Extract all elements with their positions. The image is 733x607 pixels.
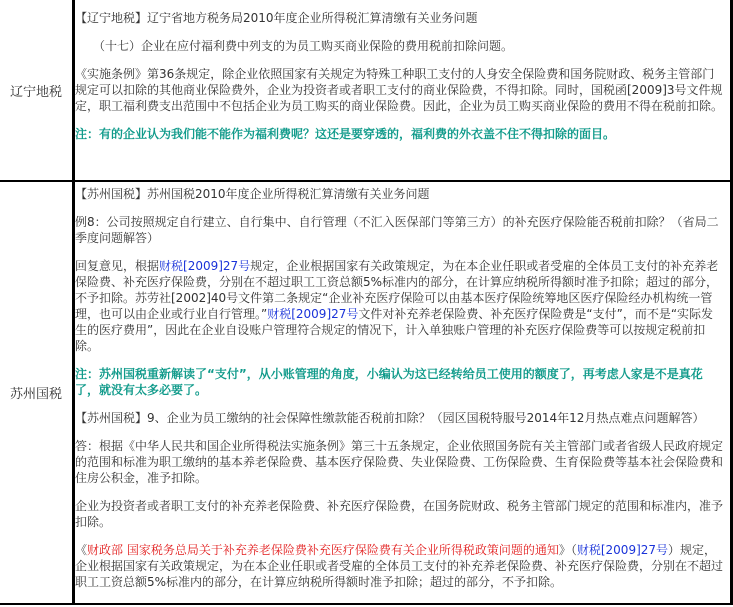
reply-text: 回复意见，根据 [75,259,159,273]
section-subtitle: （十七）企业在应付福利费中列支的为员工购买商业保险的费用税前扣除问题。 [75,38,723,54]
notice-title-link[interactable]: 财政部 国家税务总局关于补充养老保险费补充医疗保险费有关企业所得税政策问题的通知 [87,543,559,557]
example-question: 例8：公司按照规定自行建立、自行集中、自行管理（不汇入医保部门等第三方）的补充医… [75,214,723,246]
editor-note: 注：苏州国税重新解读了“支付”，从小账管理的角度，小编认为这已经转给员工使用的额… [75,366,723,398]
bottom-border [0,603,733,605]
row-content: 【苏州国税】苏州国税2010年度企业所得税汇算清缴有关业务问题 例8：公司按照规… [75,186,723,602]
policy-link[interactable]: 财税[2009]27号 [159,259,250,273]
bracket: 》（ [559,543,577,557]
table-row-liaoning: 辽宁地税 【辽宁地税】辽宁省地方税务局2010年度企业所得税汇算清缴有关业务问题… [0,0,731,180]
region-label: 辽宁地税 [0,0,72,180]
section-title: 【辽宁地税】辽宁省地方税务局2010年度企业所得税汇算清缴有关业务问题 [75,10,723,26]
tax-policy-table: 辽宁地税 【辽宁地税】辽宁省地方税务局2010年度企业所得税汇算清缴有关业务问题… [0,0,733,607]
supplement-paragraph: 企业为投资者或者职工支付的补充养老保险费、补充医疗保险费，在国务院财政、税务主管… [75,498,723,530]
table-row-suzhou: 苏州国税 【苏州国税】苏州国税2010年度企业所得税汇算清缴有关业务问题 例8：… [0,182,731,603]
region-label: 苏州国税 [0,182,72,603]
section-title: 【苏州国税】苏州国税2010年度企业所得税汇算清缴有关业务问题 [75,186,723,202]
policy-link[interactable]: 财税[2009]27号 [577,543,668,557]
answer-paragraph: 答：根据《中华人民共和国企业所得税法实施条例》第三十五条规定，企业依照国务院有关… [75,438,723,486]
row-content: 【辽宁地税】辽宁省地方税务局2010年度企业所得税汇算清缴有关业务问题 （十七）… [75,10,723,154]
bracket: 《 [75,543,87,557]
question-9: 【苏州国税】9、企业为员工缴纳的社会保障性缴款能否税前扣除？（园区国税特服号20… [75,410,723,426]
reply-paragraph: 回复意见，根据财税[2009]27号规定，企业根据国家有关政策规定，为在本企业任… [75,258,723,354]
section-body: 《实施条例》第36条规定，除企业依照国家有关规定为特殊工种职工支付的人身安全保险… [75,66,723,114]
editor-note: 注：有的企业认为我们能不能作为福利费呢？这还是要穿透的，福利费的外衣盖不住不得扣… [75,126,723,142]
notice-paragraph: 《财政部 国家税务总局关于补充养老保险费补充医疗保险费有关企业所得税政策问题的通… [75,542,723,590]
policy-link[interactable]: 财税[2009]27号 [267,307,358,321]
